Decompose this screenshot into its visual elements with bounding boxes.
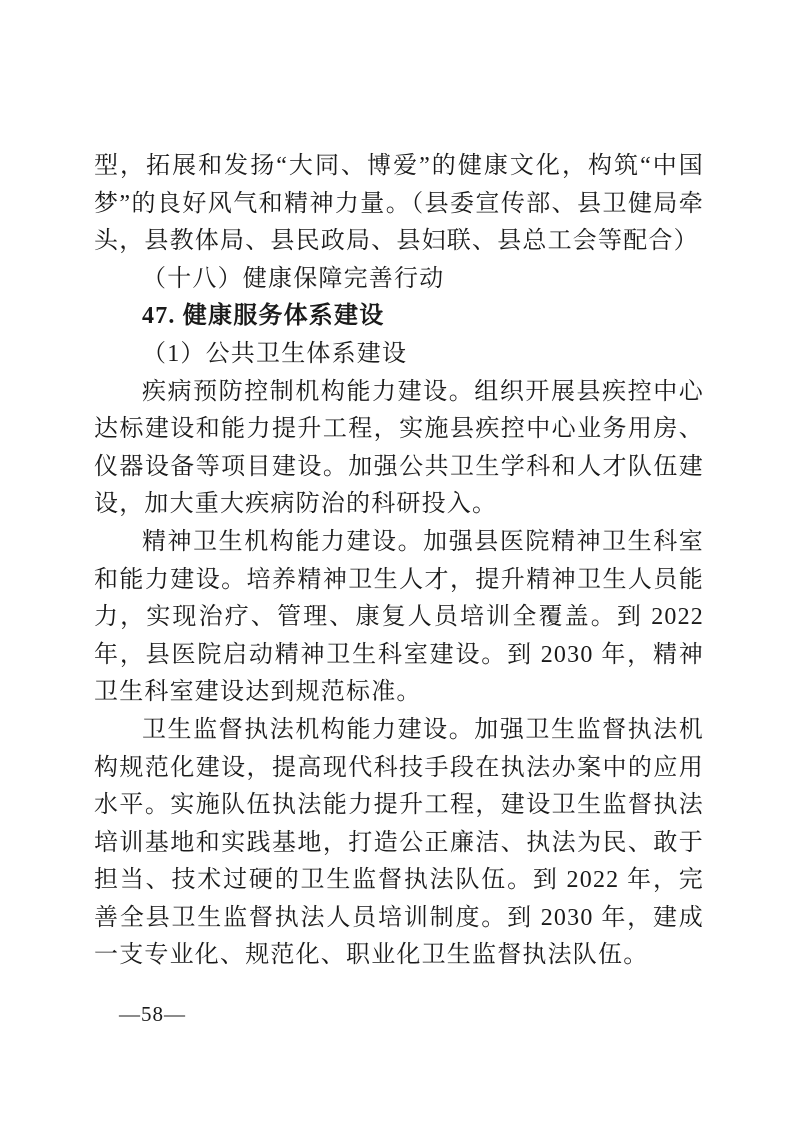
paragraph-health-supervision: 卫生监督执法机构能力建设。加强卫生监督执法机构规范化建设，提高现代科技手段在执法… [94,712,704,975]
document-body: 型，拓展和发扬“大同、博爱”的健康文化，构筑“中国梦”的良好风气和精神力量。（县… [94,148,704,975]
paragraph-mental-health: 精神卫生机构能力建设。加强县医院精神卫生科室和能力建设。培养精神卫生人才，提升精… [94,524,704,712]
paragraph-disease-control: 疾病预防控制机构能力建设。组织开展县疾控中心达标建设和能力提升工程，实施县疾控中… [94,374,704,524]
document-page: 型，拓展和发扬“大同、博爱”的健康文化，构筑“中国梦”的良好风气和精神力量。（县… [0,0,793,1122]
heading-47-health-service-system: 47. 健康服务体系建设 [94,298,704,336]
page-number: —58— [119,1002,186,1027]
section-heading-eighteen: （十八）健康保障完善行动 [94,261,704,299]
subheading-public-health-system: （1）公共卫生体系建设 [94,336,704,374]
paragraph-continuation: 型，拓展和发扬“大同、博爱”的健康文化，构筑“中国梦”的良好风气和精神力量。（县… [94,148,704,261]
